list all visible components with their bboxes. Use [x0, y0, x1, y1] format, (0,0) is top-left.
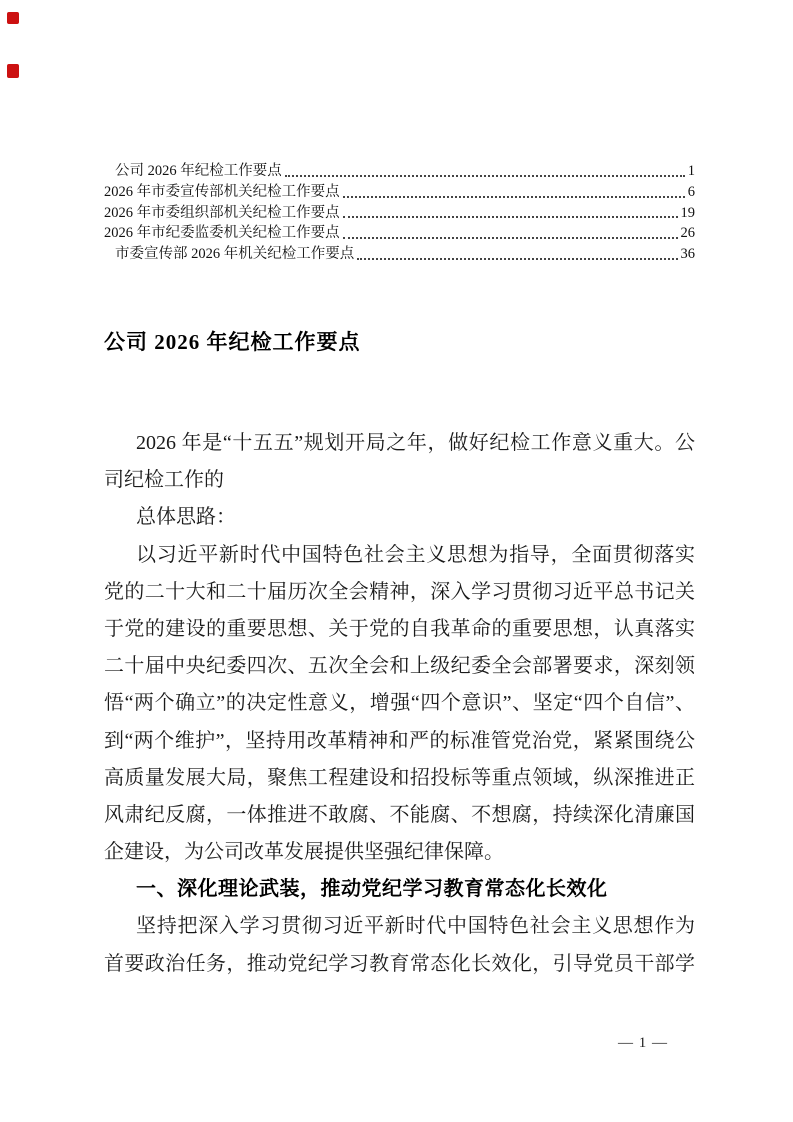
toc-entry-label: 公司 2026 年纪检工作要点	[115, 161, 282, 182]
toc-entry: 2026 年市委组织部机关纪检工作要点19	[104, 203, 695, 224]
document-title: 公司 2026 年纪检工作要点	[104, 329, 695, 355]
body-line: 企建设，为公司改革发展提供坚强纪律保障。	[104, 834, 695, 871]
toc-page-number: 36	[681, 244, 696, 265]
toc-dot-leader	[343, 196, 685, 198]
toc-entry-label: 市委宣传部 2026 年机关纪检工作要点	[115, 244, 354, 265]
toc-dot-leader	[357, 258, 677, 260]
body-line: 悟“两个确立”的决定性意义，增强“四个意识”、坚定“四个自信”、做	[104, 685, 695, 722]
toc-page-number: 6	[688, 182, 695, 203]
body-line: 党的二十大和二十届历次全会精神，深入学习贯彻习近平总书记关	[104, 574, 695, 611]
red-edge-mark	[7, 64, 19, 78]
body-line: 总体思路：	[104, 499, 695, 536]
document-page: 公司 2026 年纪检工作要点12026 年市委宣传部机关纪检工作要点62026…	[0, 0, 793, 1122]
toc-entry: 2026 年市纪委监委机关纪检工作要点26	[104, 223, 695, 244]
red-edge-mark	[7, 12, 19, 24]
body-line: 高质量发展大局，聚焦工程建设和招投标等重点领域，纵深推进正	[104, 760, 695, 797]
body-line: 2026 年是“十五五”规划开局之年，做好纪检工作意义重大。公	[104, 425, 695, 462]
toc-entry: 公司 2026 年纪检工作要点1	[104, 161, 695, 182]
body-line: 司纪检工作的	[104, 462, 695, 499]
toc-dot-leader	[343, 237, 678, 239]
body-line: 以习近平新时代中国特色社会主义思想为指导，全面贯彻落实	[104, 537, 695, 574]
toc-dot-leader	[343, 216, 678, 218]
body-line: 二十届中央纪委四次、五次全会和上级纪委全会部署要求，深刻领	[104, 648, 695, 685]
toc-page-number: 19	[681, 203, 696, 224]
body-line: 风肃纪反腐，一体推进不敢腐、不能腐、不想腐，持续深化清廉国	[104, 797, 695, 834]
toc-entry: 市委宣传部 2026 年机关纪检工作要点36	[104, 244, 695, 265]
body-line: 到“两个维护”，坚持用改革精神和严的标准管党治党，紧紧围绕公司	[104, 723, 695, 760]
toc-entry: 2026 年市委宣传部机关纪检工作要点6	[104, 182, 695, 203]
body-line: 坚持把深入学习贯彻习近平新时代中国特色社会主义思想作为	[104, 908, 695, 945]
section-heading-line: 一、深化理论武装，推动党纪学习教育常态化长效化	[104, 871, 695, 908]
toc-page-number: 26	[681, 223, 696, 244]
body-text: 2026 年是“十五五”规划开局之年，做好纪检工作意义重大。公司纪检工作的总体思…	[104, 425, 695, 983]
toc-entry-label: 2026 年市纪委监委机关纪检工作要点	[104, 223, 340, 244]
body-line: 首要政治任务，推动党纪学习教育常态化长效化，引导党员干部学	[104, 946, 695, 983]
toc-dot-leader	[285, 175, 685, 177]
body-line: 于党的建设的重要思想、关于党的自我革命的重要思想，认真落实	[104, 611, 695, 648]
toc-page-number: 1	[688, 161, 695, 182]
page-footer: — 1 —	[618, 1033, 668, 1053]
toc-entry-label: 2026 年市委组织部机关纪检工作要点	[104, 203, 340, 224]
toc: 公司 2026 年纪检工作要点12026 年市委宣传部机关纪检工作要点62026…	[104, 161, 695, 265]
toc-entry-label: 2026 年市委宣传部机关纪检工作要点	[104, 182, 340, 203]
